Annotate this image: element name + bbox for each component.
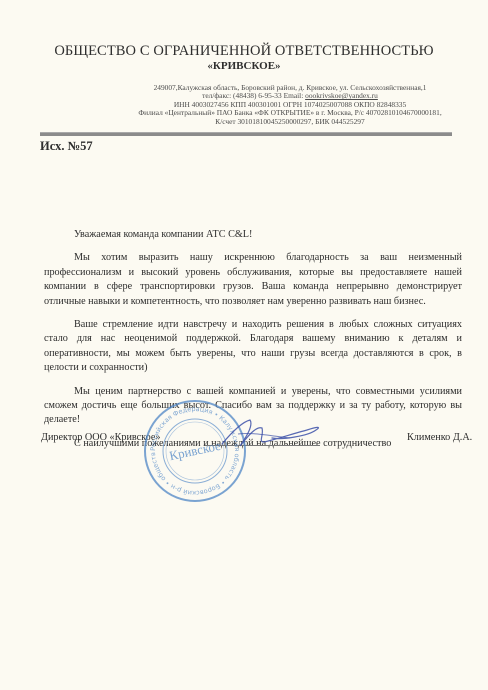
correspondent-account: К/счет 30101810045250000297, БИК 0445252… [110, 118, 470, 126]
paragraph-2: Ваше стремление идти навстречу и находит… [44, 318, 462, 376]
letter-page: ОБЩЕСТВО С ОГРАНИЧЕННОЙ ОТВЕТСТВЕННОСТЬЮ… [0, 0, 488, 690]
outgoing-number: Исх. №57 [40, 139, 93, 154]
signer-name: Клименко Д.А. [407, 432, 472, 443]
greeting: Уважаемая команда компании АТС C&L! [74, 228, 462, 242]
letterhead-divider [40, 132, 452, 136]
letterhead-requisites: 249007,Калужская область, Боровский райо… [110, 84, 470, 126]
organization-name: «КРИВСКОЕ» [0, 60, 488, 72]
handwritten-signature-icon [212, 414, 330, 452]
paragraph-1: Мы хотим выразить нашу искреннюю благода… [44, 251, 462, 309]
organization-title: ОБЩЕСТВО С ОГРАНИЧЕННОЙ ОТВЕТСТВЕННОСТЬЮ [0, 43, 488, 60]
